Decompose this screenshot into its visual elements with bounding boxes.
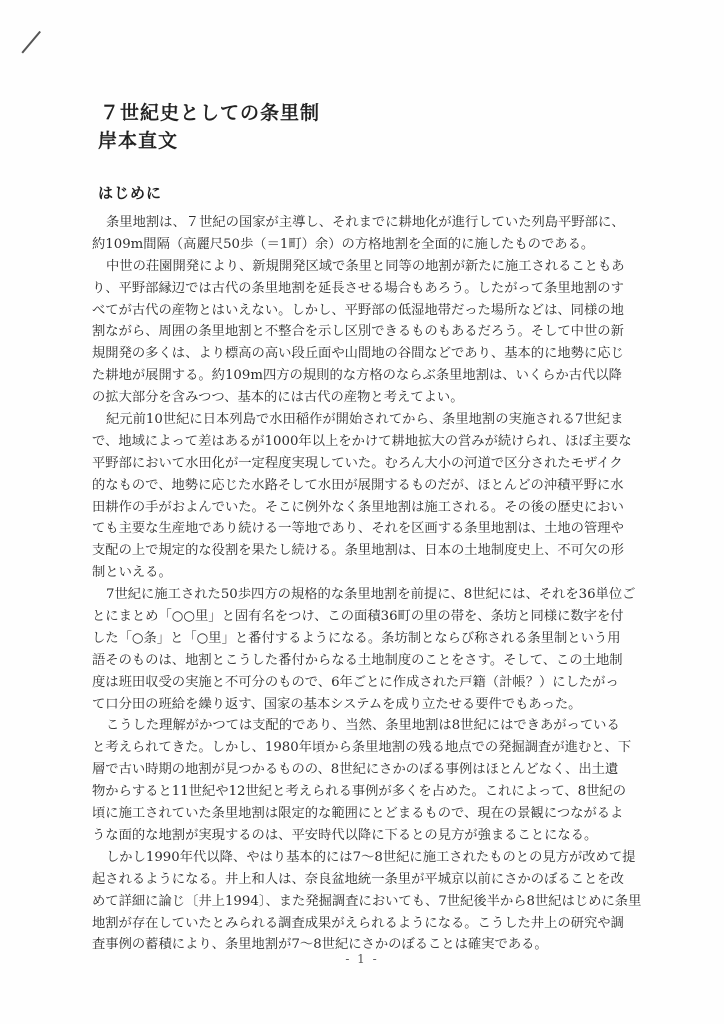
text-line: 語そのものは、地割とこうした番付からなる土地制度のことをさす。そして、この土地制 (92, 650, 684, 672)
document-page: ７世紀史としての条里制 岸本直文 はじめに 条里地割は、７世紀の国家が主導し、そ… (0, 0, 724, 1024)
text-line: 度は班田収受の実施と不可分のもので、6年ごとに作成された戸籍（計帳？）にしたがっ (92, 672, 684, 694)
pen-mark (21, 31, 40, 53)
text-line: ても主要な生産地であり続ける一等地であり、それを区画する条里地割は、土地の管理や (92, 518, 684, 540)
section-heading: はじめに (98, 182, 162, 203)
text-line: り、平野部縁辺では古代の条里地割を延長させる場合もあろう。したがって条里地割のす (92, 278, 684, 300)
text-line: 物からすると11世紀や12世紀と考えられる事例が多くを占めた。これによって、8世… (92, 781, 684, 803)
text-line: 規開発の多くは、より標高の高い段丘面や山間地の谷間などであり、基本的に地勢に応じ (92, 343, 684, 365)
text-line: めて詳細に論じ〔井上1994〕、また発掘調査においても、7世紀後半から8世紀はじ… (92, 891, 684, 913)
text-line: 中世の荘園開発により、新規開発区域で条里と同等の地割が新たに施工されることもあ (92, 256, 684, 278)
text-line: と考えられてきた。しかし、1980年頃から条里地割の残る地点での発掘調査が進むと… (92, 737, 684, 759)
text-line: た耕地が展開する。約109m四方の規則的な方格のならぶ条里地割は、いくらか古代以… (92, 365, 684, 387)
text-line: 7世紀に施工された50歩四方の規格的な条里地割を前提に、8世紀には、それを36単… (92, 584, 684, 606)
document-title: ７世紀史としての条里制 (100, 98, 320, 125)
text-line: 支配の上で規定的な役割を果たし続ける。条里地割は、日本の土地制度史上、不可欠の形 (92, 540, 684, 562)
text-line: 割ながら、周囲の条里地割と不整合を示し区別できるものもあるだろう。そして中世の新 (92, 321, 684, 343)
text-line: した「○条」と「○里」と番付するようになる。条坊制とならび称される条里制という用 (92, 628, 684, 650)
text-line: て口分田の班給を繰り返す、国家の基本システムを成り立たせる要件でもあった。 (92, 694, 684, 716)
text-line: べてが古代の産物とはいえない。しかし、平野部の低湿地帯だった場所などは、同様の地 (92, 300, 684, 322)
text-line: 田耕作の手がおよんでいた。そこに例外なく条里地割は施工される。その後の歴史におい (92, 497, 684, 519)
body-text: 条里地割は、７世紀の国家が主導し、それまでに耕地化が進行していた列島平野部に、 … (92, 212, 684, 956)
text-line: うな面的な地割が実現するのは、平安時代以降に下るとの見方が強まることになる。 (92, 825, 684, 847)
text-line: の拡大部分を含みつつ、基本的には古代の産物と考えてよい。 (92, 387, 684, 409)
text-line: 起されるようになる。井上和人は、奈良盆地統一条里が平城京以前にさかのぼることを改 (92, 869, 684, 891)
text-line: 平野部において水田化が一定程度実現していた。むろん大小の河道で区分されたモザイク (92, 453, 684, 475)
text-line: 約109m間隔（高麗尺50歩（＝1町）余）の方格地割を全面的に施したものである。 (92, 234, 684, 256)
text-line: 的なもので、地勢に応じた水路そして水田が展開するものだが、ほとんどの沖積平野に水 (92, 475, 684, 497)
text-line: 頃に施工されていた条里地割は限定的な範囲にとどまるもので、現在の景観につながるよ (92, 803, 684, 825)
page-number: - 1 - (0, 952, 724, 966)
text-line: 地割が存在していたとみられる調査成果がえられるようになる。こうした井上の研究や調 (92, 913, 684, 935)
text-line: 紀元前10世紀に日本列島で水田稲作が開始されてから、条里地割の実施される7世紀ま (92, 409, 684, 431)
text-line: 条里地割は、７世紀の国家が主導し、それまでに耕地化が進行していた列島平野部に、 (92, 212, 684, 234)
text-line: しかし1990年代以降、やはり基本的には7～8世紀に施工されたものとの見方が改め… (92, 847, 684, 869)
text-line: 制といえる。 (92, 562, 684, 584)
author-name: 岸本直文 (98, 126, 178, 153)
text-line: とにまとめ「○○里」と固有名をつけ、この面積36町の里の帯を、条坊と同様に数字を… (92, 606, 684, 628)
text-line: こうした理解がかつては支配的であり、当然、条里地割は8世紀にはできあがっている (92, 715, 684, 737)
text-line: 層で古い時期の地割が見つかるものの、8世紀にさかのぼる事例はほとんどなく、出土遺 (92, 759, 684, 781)
text-line: で、地域によって差はあるが1000年以上をかけて耕地拡大の営みが続けられ、ほぼ主… (92, 431, 684, 453)
